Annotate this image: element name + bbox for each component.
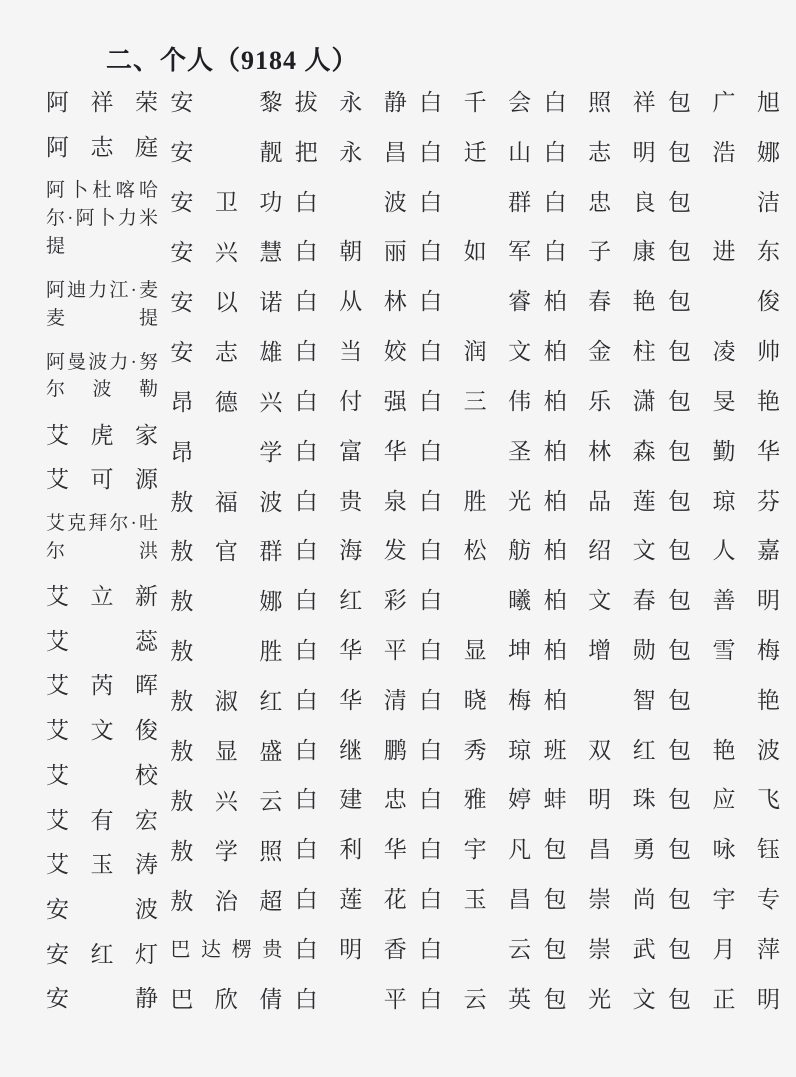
person-name: 柏乐潇 (544, 389, 656, 414)
person-name: 白贵泉 (295, 489, 407, 514)
person-name: 柏林森 (544, 439, 656, 464)
person-name: 敖福波 (170, 490, 282, 515)
person-name: 敖显盛 (170, 739, 282, 764)
person-name: 包进东 (668, 239, 780, 264)
person-name: 白如军 (419, 239, 531, 264)
person-name: 安兴慧 (170, 240, 282, 265)
person-name: 白建忠 (295, 787, 407, 812)
person-name: 敖学照 (170, 839, 282, 864)
person-name: 白雅婷 (419, 787, 531, 812)
person-name: 安波 (46, 897, 158, 922)
person-name: 白云 (419, 937, 531, 962)
person-name: 敖胜 (170, 639, 282, 664)
person-name: 包昌勇 (544, 837, 656, 862)
person-name: 白圣 (419, 439, 531, 464)
person-name: 白千会 (419, 90, 531, 115)
person-name: 包勤华 (668, 439, 780, 464)
person-name: 白松舫 (419, 538, 531, 563)
person-name: 白云英 (419, 987, 531, 1012)
person-name: 包艳 (668, 688, 780, 713)
person-name: 安红灯 (46, 942, 158, 967)
person-name: 安静 (46, 986, 158, 1011)
name-column-2: 安黎安靓安卫功安兴慧安以诺安志雄昂德兴昂学敖福波敖官群敖娜敖胜敖淑红敖显盛敖兴云… (170, 90, 282, 1012)
person-name: 白睿 (419, 289, 531, 314)
person-name: 白利华 (295, 837, 407, 862)
person-name: 柏智 (544, 688, 656, 713)
person-name: 把永昌 (295, 140, 407, 165)
person-name: 白迁山 (419, 140, 531, 165)
person-name: 敖淑红 (170, 689, 282, 714)
person-name: 柏增勋 (544, 638, 656, 663)
person-name: 阿祥荣 (46, 90, 158, 115)
person-name: 包雪梅 (668, 638, 780, 663)
person-name: 艾玉涛 (46, 852, 158, 877)
person-name: 安以诺 (170, 290, 282, 315)
person-name: 白晓梅 (419, 688, 531, 713)
person-name: 安靓 (170, 140, 282, 165)
name-column-3: 拔永静把永昌白波白朝丽白从林白当姣白付强白富华白贵泉白海发白红彩白华平白华清白继… (295, 90, 407, 1012)
person-name: 白群 (419, 190, 531, 215)
person-name: 白富华 (295, 439, 407, 464)
person-name: 白红彩 (295, 588, 407, 613)
person-name: 包光文 (544, 987, 656, 1012)
person-name: 艾蕊 (46, 629, 158, 654)
section-title: 二、个人（9184 人） (106, 40, 359, 77)
person-name: 艾文俊 (46, 718, 158, 743)
person-name: 白志明 (544, 140, 656, 165)
person-name: 柏文春 (544, 588, 656, 613)
person-name: 白海发 (295, 538, 407, 563)
person-name: 敖娜 (170, 589, 282, 614)
name-column-5: 白照祥白志明白忠良白子康柏春艳柏金柱柏乐潇柏林森柏品莲柏绍文柏文春柏增勋柏智班双… (544, 90, 656, 1012)
person-name: 白平 (295, 987, 407, 1012)
person-name: 巴欣倩 (170, 987, 282, 1012)
person-name: 包浩娜 (668, 140, 780, 165)
person-name: 包月萍 (668, 937, 780, 962)
person-name: 拔永静 (295, 90, 407, 115)
person-name: 白华清 (295, 688, 407, 713)
person-name: 阿卜杜喀哈尔·阿卜力米提 (46, 179, 158, 259)
person-name: 白付强 (295, 389, 407, 414)
person-name: 白宇凡 (419, 837, 531, 862)
person-name: 安志雄 (170, 340, 282, 365)
person-name: 包广旭 (668, 90, 780, 115)
person-name: 白朝丽 (295, 239, 407, 264)
person-name: 艾虎家 (46, 423, 158, 448)
person-name: 敖治超 (170, 889, 282, 914)
person-name: 班双红 (544, 738, 656, 763)
person-name: 白照祥 (544, 90, 656, 115)
person-name: 柏绍文 (544, 538, 656, 563)
person-name: 阿迪力江·麦麦提 (46, 279, 158, 331)
person-name: 昂德兴 (170, 390, 282, 415)
person-name: 白秀琼 (419, 738, 531, 763)
person-name: 白曦 (419, 588, 531, 613)
person-name: 白莲花 (295, 887, 407, 912)
person-name: 柏春艳 (544, 289, 656, 314)
person-name: 蚌明珠 (544, 787, 656, 812)
person-name: 白忠良 (544, 190, 656, 215)
name-column-4: 白千会白迁山白群白如军白睿白润文白三伟白圣白胜光白松舫白曦白显坤白晓梅白秀琼白雅… (419, 90, 531, 1012)
person-name: 白波 (295, 190, 407, 215)
person-name: 巴达楞贵 (170, 939, 282, 962)
person-name: 白继鹏 (295, 738, 407, 763)
person-name: 包洁 (668, 190, 780, 215)
person-name: 包艳波 (668, 738, 780, 763)
person-name: 包崇尚 (544, 887, 656, 912)
person-name: 白显坤 (419, 638, 531, 663)
person-name: 包咏钰 (668, 837, 780, 862)
person-name: 白胜光 (419, 489, 531, 514)
person-name: 包旻艳 (668, 389, 780, 414)
person-name: 艾可源 (46, 467, 158, 492)
document-page: 二、个人（9184 人） 阿祥荣阿志庭阿卜杜喀哈尔·阿卜力米提阿迪力江·麦麦提阿… (0, 0, 796, 1077)
person-name: 白润文 (419, 339, 531, 364)
person-name: 艾克拜尔·吐尔洪 (46, 512, 158, 564)
name-grid: 阿祥荣阿志庭阿卜杜喀哈尔·阿卜力米提阿迪力江·麦麦提阿曼波力·努尔波勒艾虎家艾可… (46, 90, 780, 1012)
person-name: 艾立新 (46, 584, 158, 609)
person-name: 包应飞 (668, 787, 780, 812)
person-name: 敖官群 (170, 539, 282, 564)
person-name: 包人嘉 (668, 538, 780, 563)
person-name: 包俊 (668, 289, 780, 314)
person-name: 敖兴云 (170, 789, 282, 814)
person-name: 阿志庭 (46, 135, 158, 160)
person-name: 包凌帅 (668, 339, 780, 364)
person-name: 艾芮晖 (46, 673, 158, 698)
person-name: 艾校 (46, 763, 158, 788)
person-name: 阿曼波力·努尔波勒 (46, 351, 158, 403)
person-name: 包正明 (668, 987, 780, 1012)
person-name: 艾有宏 (46, 808, 158, 833)
person-name: 安黎 (170, 90, 282, 115)
person-name: 柏金柱 (544, 339, 656, 364)
person-name: 白当姣 (295, 339, 407, 364)
person-name: 白玉昌 (419, 887, 531, 912)
person-name: 包宇专 (668, 887, 780, 912)
person-name: 白华平 (295, 638, 407, 663)
person-name: 包琼芬 (668, 489, 780, 514)
person-name: 安卫功 (170, 190, 282, 215)
person-name: 白从林 (295, 289, 407, 314)
person-name: 白子康 (544, 239, 656, 264)
person-name: 包崇武 (544, 937, 656, 962)
person-name: 白三伟 (419, 389, 531, 414)
person-name: 昂学 (170, 440, 282, 465)
person-name: 包善明 (668, 588, 780, 613)
name-column-1: 阿祥荣阿志庭阿卜杜喀哈尔·阿卜力米提阿迪力江·麦麦提阿曼波力·努尔波勒艾虎家艾可… (46, 90, 158, 1012)
person-name: 白明香 (295, 937, 407, 962)
person-name: 柏品莲 (544, 489, 656, 514)
name-column-6: 包广旭包浩娜包洁包进东包俊包凌帅包旻艳包勤华包琼芬包人嘉包善明包雪梅包艳包艳波包… (668, 90, 780, 1012)
